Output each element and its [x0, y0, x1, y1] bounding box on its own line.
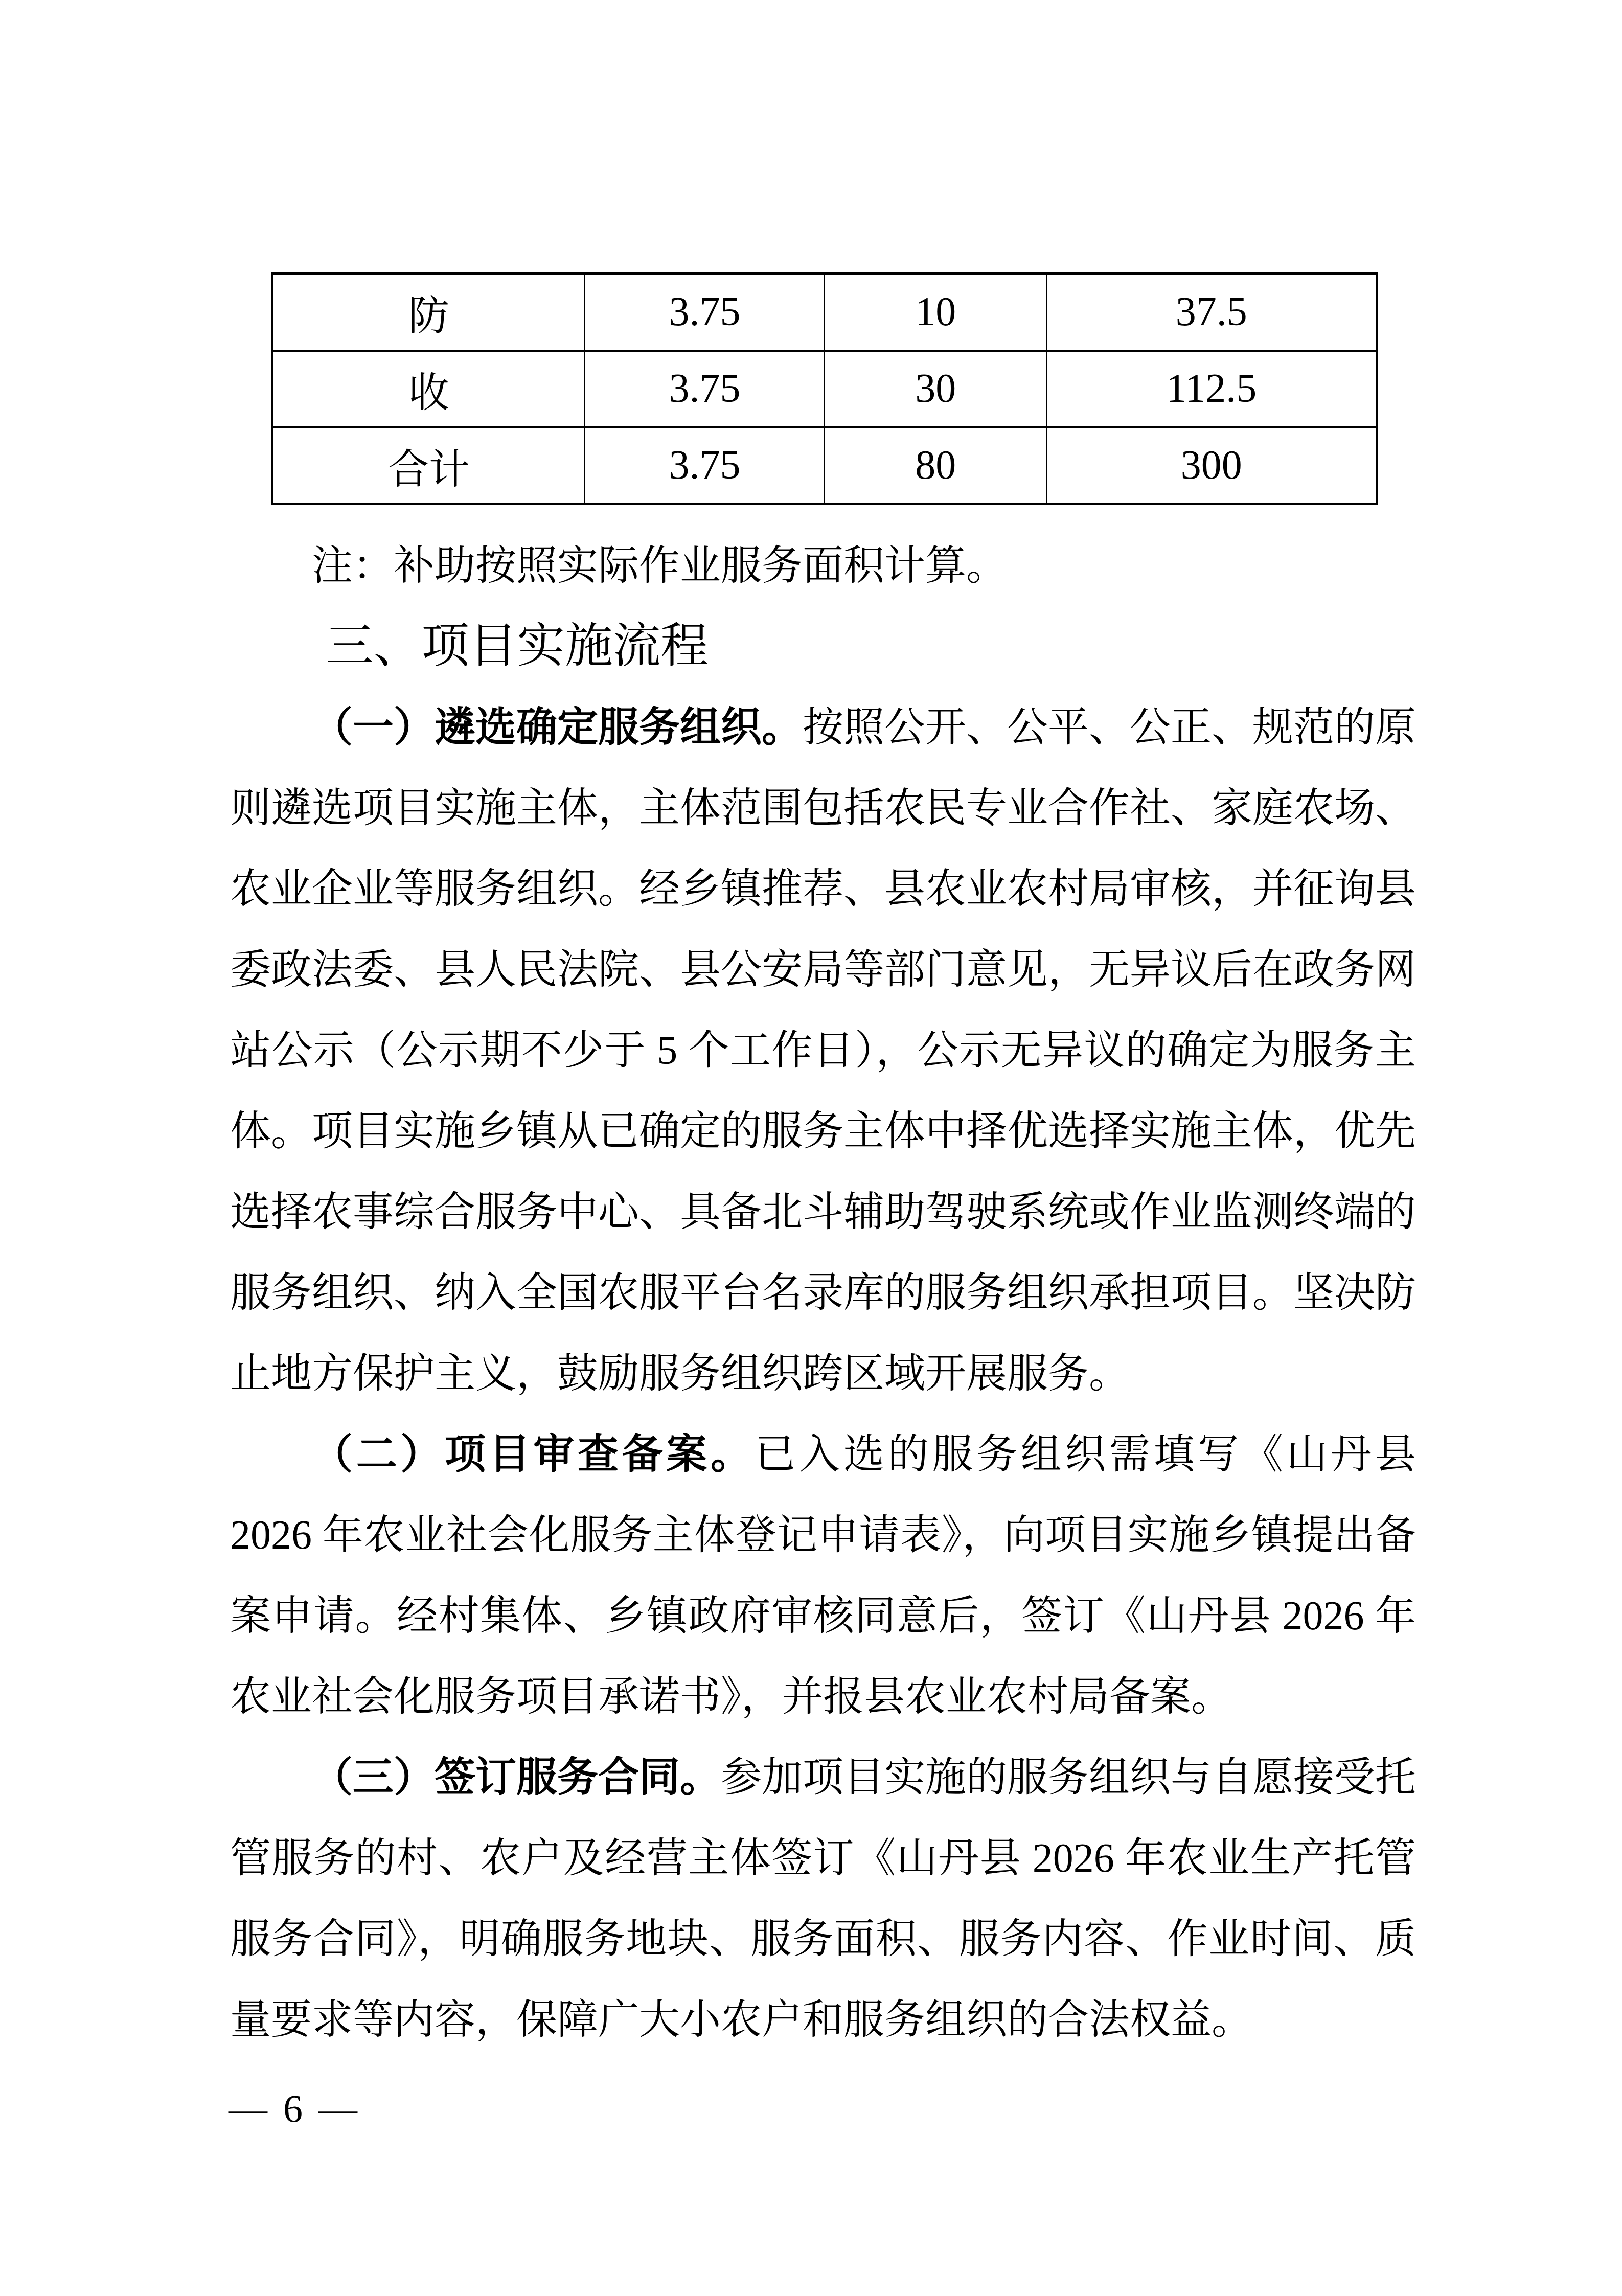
table-cell: 30 — [825, 351, 1046, 427]
table-cell: 10 — [825, 274, 1046, 351]
body-text: 注：补助按照实际作业服务面积计算。 三、项目实施流程 （一）遴选确定服务组织。按… — [230, 526, 1416, 2060]
document-page: 防 3.75 10 37.5 收 3.75 30 112.5 合计 3.75 8… — [0, 0, 1622, 2296]
table-cell: 80 — [825, 427, 1046, 504]
section-heading: 三、项目实施流程 — [230, 606, 1416, 687]
paragraph-lead: （三）签订服务合同。 — [312, 1755, 721, 1800]
table-cell: 3.75 — [585, 351, 825, 427]
page-number: — 6 — — [229, 2087, 360, 2131]
table-cell: 37.5 — [1046, 274, 1377, 351]
paragraph-lead: （二）项目审查备案。 — [312, 1432, 755, 1477]
table-cell: 112.5 — [1046, 351, 1377, 427]
paragraph-review-filing: （二）项目审查备案。已入选的服务组织需填写《山丹县 2026 年农业社会化服务主… — [230, 1414, 1416, 1737]
table-cell: 收 — [272, 351, 585, 427]
table-cell: 防 — [272, 274, 585, 351]
table-cell: 3.75 — [585, 427, 825, 504]
table-row: 收 3.75 30 112.5 — [272, 351, 1377, 427]
table-note: 注：补助按照实际作业服务面积计算。 — [230, 526, 1416, 606]
paragraph-selection: （一）遴选确定服务组织。按照公开、公平、公正、规范的原则遴选项目实施主体，主体范… — [230, 687, 1416, 1414]
paragraph-body: 按照公开、公平、公正、规范的原则遴选项目实施主体，主体范围包括农民专业合作社、家… — [230, 705, 1416, 1396]
table-cell: 合计 — [272, 427, 585, 504]
paragraph-sign-contract: （三）签订服务合同。参加项目实施的服务组织与自愿接受托管服务的村、农户及经营主体… — [230, 1737, 1416, 2060]
table-cell: 3.75 — [585, 274, 825, 351]
table-cell: 300 — [1046, 427, 1377, 504]
table-row: 防 3.75 10 37.5 — [272, 274, 1377, 351]
subsidy-table: 防 3.75 10 37.5 收 3.75 30 112.5 合计 3.75 8… — [271, 272, 1378, 505]
table-row: 合计 3.75 80 300 — [272, 427, 1377, 504]
paragraph-lead: （一）遴选确定服务组织。 — [312, 705, 803, 750]
